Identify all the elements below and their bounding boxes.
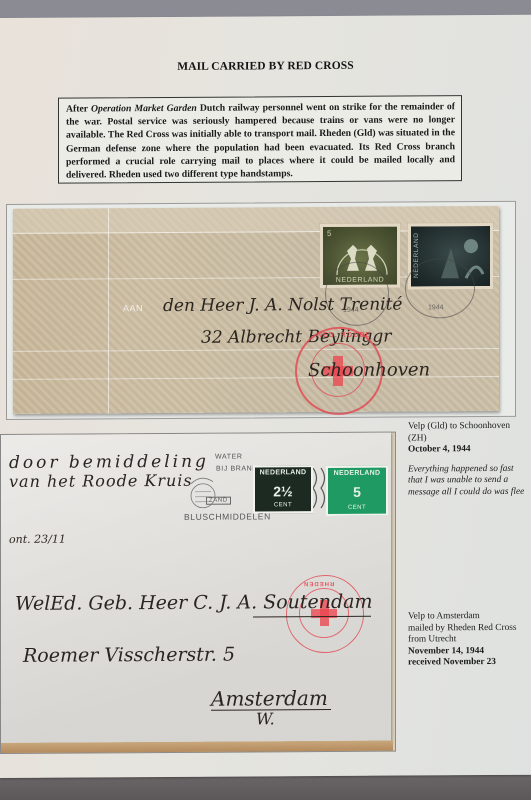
caption-line: Velp to Amsterdam — [408, 611, 516, 623]
routing-note: van het Roode Kruis — [9, 471, 193, 491]
intro-lead: After — [66, 103, 91, 114]
cover-2-mount: door bemiddeling van het Roode Kruis WAT… — [0, 432, 396, 754]
stamp-value: 5 — [328, 484, 386, 500]
stamp-country: NEDERLAND — [255, 469, 311, 476]
stamp-value: 5 — [327, 229, 331, 238]
caption-received: received November 23 — [408, 657, 496, 668]
slogan-text: WATER — [215, 454, 243, 461]
caption-route-cont: (ZH) — [408, 432, 524, 444]
handstamp-text: RHEDEN — [303, 580, 334, 586]
cover-2-envelope: door bemiddeling van het Roode Kruis WAT… — [1, 433, 391, 743]
cover-1-envelope: AAN 5 NEDERLAND NEDERLAND 1944 — [13, 206, 499, 414]
address-line: den Heer J. A. Nolst Trenité — [163, 295, 402, 316]
stamp-country: NEDERLAND — [328, 470, 386, 477]
machine-cancel-illustration-icon — [181, 464, 231, 514]
caption-quote: message all I could do was flee — [408, 486, 524, 498]
envelope-edge — [1, 741, 393, 753]
stamp-dove-5-cent: NEDERLAND 5 CENT — [326, 466, 388, 516]
stamp-value: 2½ — [255, 483, 311, 499]
stamp-unit: CENT — [255, 502, 311, 508]
address-line: Roemer Visscherstr. 5 — [23, 644, 235, 667]
postmark-year: 1944 — [428, 304, 444, 311]
intro-emphasis: Operation Market Garden — [91, 103, 197, 115]
stamp-unit: CENT — [328, 505, 386, 511]
preprinted-aan-label: AAN — [123, 303, 143, 313]
address-line: WelEd. Geb. Heer C. J. A. Soutendam — [15, 591, 373, 615]
address-line: Schoonhoven — [308, 359, 430, 381]
caption-line: mailed by Rheden Red Cross — [408, 622, 516, 634]
cover-1-caption: Velp (Gld) to Schoonhoven (ZH) October 4… — [408, 421, 524, 499]
ruled-line — [13, 348, 499, 352]
handstamp-text: NED. ROODE — [317, 332, 371, 339]
ruled-line — [108, 208, 109, 413]
page-title: MAIL CARRIED BY RED CROSS — [0, 59, 531, 74]
caption-line: from Utrecht — [408, 634, 516, 646]
table-surface — [0, 775, 531, 800]
cover-2-caption: Velp to Amsterdam mailed by Rheden Red C… — [408, 611, 516, 669]
caption-date: October 4, 1944 — [408, 444, 471, 454]
stamp-dove-2half-cent: NEDERLAND 2½ CENT — [253, 465, 313, 513]
address-line: Amsterdam — [211, 686, 328, 711]
red-cross-handstamp: RHEDEN — [286, 575, 364, 653]
received-note: ont. 23/11 — [9, 533, 66, 546]
intro-text-box: After Operation Market Garden Dutch rail… — [58, 95, 462, 183]
cover-1-mount: AAN 5 NEDERLAND NEDERLAND 1944 — [6, 201, 516, 420]
album-page: MAIL CARRIED BY RED CROSS After Operatio… — [0, 15, 531, 778]
address-line: W. — [256, 709, 275, 728]
caption-quote: that I was unable to send a — [408, 475, 524, 487]
caption-date: November 14, 1944 — [408, 646, 484, 656]
routing-note: door bemiddeling — [9, 452, 209, 473]
caption-route: Velp (Gld) to Schoonhoven — [408, 421, 524, 433]
caption-quote: Everything happened so fast — [408, 463, 524, 475]
